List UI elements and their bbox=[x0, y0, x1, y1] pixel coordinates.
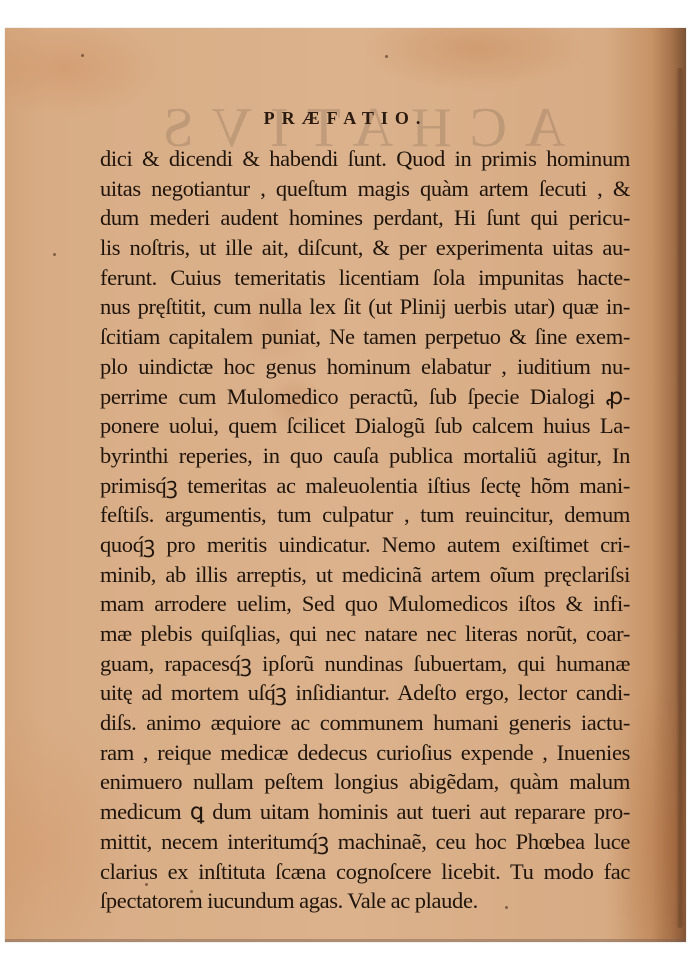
paper-speck bbox=[505, 906, 508, 909]
text-line: ſcitiam capitalem puniat, Ne tamen perpe… bbox=[100, 322, 630, 352]
text-line: dum mederi audent homines perdant, Hi ſu… bbox=[100, 203, 630, 233]
text-line: ram , reique medicæ dedecus curioſius ex… bbox=[100, 738, 630, 768]
text-line: perrime cum Mulomedico peractũ, ſub ſpec… bbox=[100, 382, 630, 412]
page-binding-edge bbox=[676, 68, 684, 928]
text-line: mittit, necem interitumq́ꝫ machinaẽ, ceu… bbox=[100, 827, 630, 857]
text-line: primisq́ꝫ temeritas ac maleuolentia iſti… bbox=[100, 471, 630, 501]
text-line: diſs. animo æquiore ac communem humani g… bbox=[100, 708, 630, 738]
text-line: quoq́ꝫ pro meritis uindicatur. Nemo aute… bbox=[100, 530, 630, 560]
text-line: mæ plebis quiſqlias, qui nec natare nec … bbox=[100, 619, 630, 649]
text-line: nus pręſtitit, cum nulla lex ſit (ut Pli… bbox=[100, 292, 630, 322]
text-line: plo uindictæ hoc genus hominum elabatur … bbox=[100, 352, 630, 382]
text-line: ponere uolui, quem ſcilicet Dialogũ ſub … bbox=[100, 411, 630, 441]
text-line: feſtiſs. argumentis, tum culpatur , tum … bbox=[100, 500, 630, 530]
text-line: uitę ad mortem uſq́ꝫ inſidiantur. Adeſto… bbox=[100, 678, 630, 708]
text-line: enimuero nullam peſtem longius abigẽdam,… bbox=[100, 767, 630, 797]
paper-speck bbox=[385, 55, 388, 58]
paper-speck bbox=[81, 54, 84, 57]
paper-speck bbox=[190, 890, 193, 893]
text-line-final: ſpectatorem iucundum agas. Vale ac plaud… bbox=[100, 886, 630, 916]
book-page: ACHATIVS PRÆFATIO. dici & dicendi & habe… bbox=[5, 28, 686, 942]
text-line: lis noſtris, ut ille ait, diſcunt, & per… bbox=[100, 233, 630, 263]
text-line: uitas negotiantur , queſtum magis quàm a… bbox=[100, 174, 630, 204]
text-line: clarius ex inſtituta ſcæna cognoſcere li… bbox=[100, 857, 630, 887]
text-line: mam arrodere uelim, Sed quo Mulomedicos … bbox=[100, 589, 630, 619]
text-line: medicum ꝗ dum uitam hominis aut tueri au… bbox=[100, 797, 630, 827]
text-line: ferunt. Cuius temeritatis licentiam ſola… bbox=[100, 263, 630, 293]
text-line: minib, ab illis arreptis, ut medicinã ar… bbox=[100, 560, 630, 590]
body-text: dici & dicendi & habendi ſunt. Quod in p… bbox=[100, 144, 630, 916]
text-line: byrinthi reperies, in quo cauſa publica … bbox=[100, 441, 630, 471]
text-line: dici & dicendi & habendi ſunt. Quod in p… bbox=[100, 144, 630, 174]
text-line: guam, rapacesq́ꝫ ipſorũ nundinas ſubuert… bbox=[100, 649, 630, 679]
running-header: PRÆFATIO. bbox=[5, 108, 686, 129]
page-bottom-edge bbox=[5, 939, 686, 942]
paper-speck bbox=[145, 883, 148, 886]
paper-speck bbox=[53, 253, 56, 256]
